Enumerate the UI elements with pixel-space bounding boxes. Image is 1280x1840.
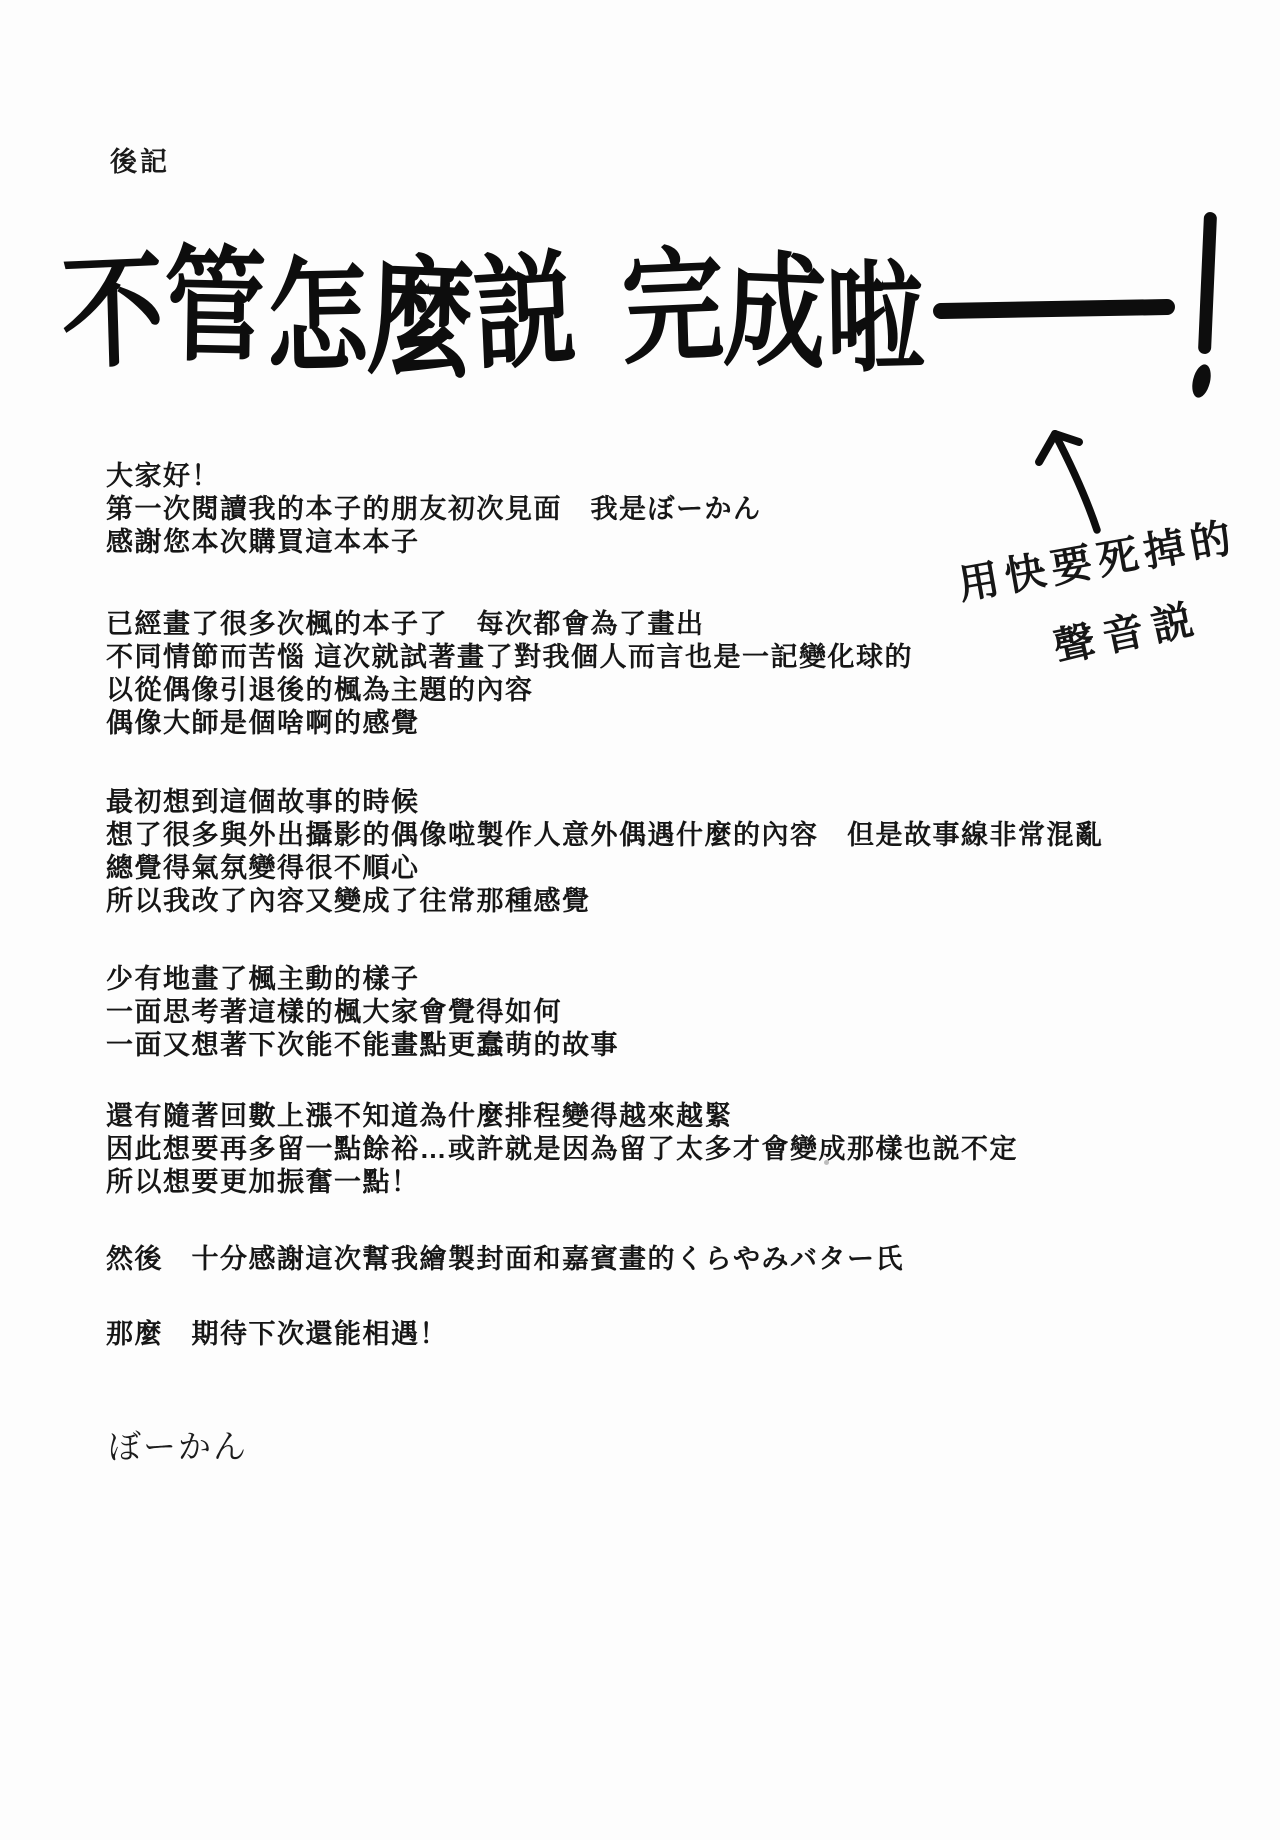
body-line: 不同情節而苦惱 這次就試著畫了對我個人而言也是一記變化球的 <box>106 641 913 674</box>
body-line: 總覺得氣氛變得很不順心 <box>106 852 1104 885</box>
body-paragraph-farewell: 那麼 期待下次還能相遇！ <box>106 1318 448 1351</box>
exclamation-mark-dot <box>1189 362 1214 399</box>
body-paragraph-schedule: 還有隨著回數上漲不知道為什麼排程變得越來越緊 因此想要再多留一點餘裕…或許就是因… <box>106 1100 1018 1199</box>
title-char: 説 <box>471 250 578 381</box>
afterword-page: 後記 不 管 怎 麼 説 完 成 啦 用快要死掉的 聲音説 大家好！ 第一次閱讀… <box>0 0 1280 1840</box>
body-line: 一面思考著這樣的楓大家會覺得如何 <box>106 996 619 1029</box>
body-line: 感謝您本次購買這本本子 <box>106 526 762 559</box>
body-line: 以從偶像引退後的楓為主題的內容 <box>106 674 913 707</box>
body-paragraph-character: 少有地畫了楓主動的樣子 一面思考著這樣的楓大家會覺得如何 一面又想著下次能不能畫… <box>106 963 619 1062</box>
title-char: 麼 <box>366 254 476 388</box>
signature: ぼーかん <box>108 1421 248 1468</box>
title-char: 管 <box>163 246 267 373</box>
title-char: 成 <box>722 251 827 380</box>
body-line: 還有隨著回數上漲不知道為什麼排程變得越來越緊 <box>106 1100 1018 1133</box>
page-title: 後記 <box>110 140 170 179</box>
title-char: 不 <box>60 251 165 380</box>
body-paragraph-thanks: 然後 十分感謝這次幫我繪製封面和嘉賓畫的くらやみバター氏 <box>106 1243 904 1276</box>
exclamation-mark-stroke <box>1198 212 1217 354</box>
title-char: 怎 <box>265 257 369 384</box>
body-paragraph-concept: 已經畫了很多次楓的本子了 每次都會為了畫出 不同情節而苦惱 這次就試著畫了對我個… <box>106 608 913 740</box>
body-line: 少有地畫了楓主動的樣子 <box>106 963 619 996</box>
body-paragraph-greeting: 大家好！ 第一次閱讀我的本子的朋友初次見面 我是ぼーかん 感謝您本次購買這本本子 <box>106 460 762 559</box>
body-line: 所以我改了內容又變成了往常那種感覺 <box>106 885 1104 918</box>
body-line: 最初想到這個故事的時候 <box>106 786 1104 819</box>
body-line: 想了很多與外出攝影的偶像啦製作人意外偶遇什麼的內容 但是故事線非常混亂 <box>106 819 1104 852</box>
title-char: 完 <box>620 246 725 375</box>
body-line: 偶像大師是個啥啊的感覺 <box>106 707 913 740</box>
body-paragraph-story-idea: 最初想到這個故事的時候 想了很多與外出攝影的偶像啦製作人意外偶遇什麼的內容 但是… <box>106 786 1104 918</box>
body-line: 因此想要再多留一點餘裕…或許就是因為留了太多才會變成那樣也説不定 <box>106 1133 1018 1166</box>
body-line: 第一次閱讀我的本子的朋友初次見面 我是ぼーかん <box>106 493 762 526</box>
body-line: 然後 十分感謝這次幫我繪製封面和嘉賓畫的くらやみバター氏 <box>106 1243 904 1276</box>
main-title: 不 管 怎 麼 説 完 成 啦 <box>62 250 924 379</box>
scan-speck <box>824 1160 829 1165</box>
body-line: 已經畫了很多次楓的本子了 每次都會為了畫出 <box>106 608 913 641</box>
body-line: 所以想要更加振奮一點！ <box>106 1166 1018 1199</box>
annotation-line-2: 聲音説 <box>1048 585 1207 674</box>
title-long-dash <box>933 299 1175 319</box>
body-line: 那麼 期待下次還能相遇！ <box>106 1318 448 1351</box>
arrow-up-icon <box>1033 416 1115 538</box>
body-line: 一面又想著下次能不能畫點更蠢萌的故事 <box>106 1029 619 1062</box>
body-line: 大家好！ <box>106 460 762 493</box>
title-char: 啦 <box>825 260 925 382</box>
